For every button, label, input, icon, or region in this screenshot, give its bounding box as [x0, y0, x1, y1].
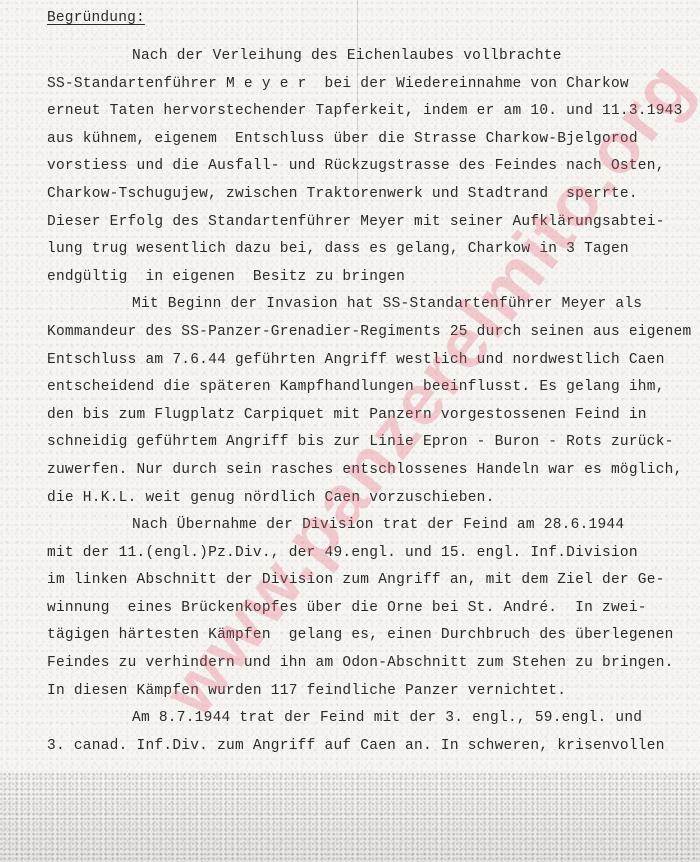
text-line: Am 8.7.1944 trat der Feind mit der 3. en… [47, 705, 697, 733]
text-line: den bis zum Flugplatz Carpiquet mit Panz… [47, 402, 697, 430]
text-line: Feindes zu verhindern und ihn am Odon-Ab… [47, 650, 697, 678]
scanned-page: Begründung: Nach der Verleihung des Eich… [0, 0, 700, 862]
text-line: tägigen härtesten Kämpfen gelang es, ein… [47, 622, 697, 650]
text-line: Nach Übernahme der Division trat der Fei… [47, 512, 697, 540]
text-line: aus kühnem, eigenem Entschluss über die … [47, 126, 697, 154]
text-line: Dieser Erfolg des Standartenführer Meyer… [47, 209, 697, 237]
text-line: im linken Abschnitt der Division zum Ang… [47, 567, 697, 595]
text-line: Charkow-Tschugujew, zwischen Traktorenwe… [47, 181, 697, 209]
text-line: Nach der Verleihung des Eichenlaubes vol… [47, 43, 697, 71]
text-line: Kommandeur des SS-Panzer-Grenadier-Regim… [47, 319, 697, 347]
text-line: vorstiess und die Ausfall- und Rückzugst… [47, 153, 697, 181]
text-line: erneut Taten hervorstechender Tapferkeit… [47, 98, 697, 126]
text-line: zuwerfen. Nur durch sein rasches entschl… [47, 457, 697, 485]
text-line: 3. canad. Inf.Div. zum Angriff auf Caen … [47, 733, 697, 761]
document-body: Nach der Verleihung des Eichenlaubes vol… [47, 43, 697, 760]
text-line: endgültig in eigenen Besitz zu bringen [47, 264, 697, 292]
text-line: In diesen Kämpfen wurden 117 feindliche … [47, 678, 697, 706]
text-line: Mit Beginn der Invasion hat SS-Standarte… [47, 291, 697, 319]
text-line: lung trug wesentlich dazu bei, dass es g… [47, 236, 697, 264]
text-line: Entschluss am 7.6.44 geführten Angriff w… [47, 347, 697, 375]
text-line: schneidig geführtem Angriff bis zur Lini… [47, 429, 697, 457]
text-line: winnung eines Brückenkopfes über die Orn… [47, 595, 697, 623]
text-line: SS-Standartenführer M e y e r bei der Wi… [47, 71, 697, 99]
text-line: die H.K.L. weit genug nördlich Caen vorz… [47, 485, 697, 513]
text-line: mit der 11.(engl.)Pz.Div., der 49.engl. … [47, 540, 697, 568]
text-line: entscheidend die späteren Kampfhandlunge… [47, 374, 697, 402]
document-heading: Begründung: [47, 10, 145, 26]
